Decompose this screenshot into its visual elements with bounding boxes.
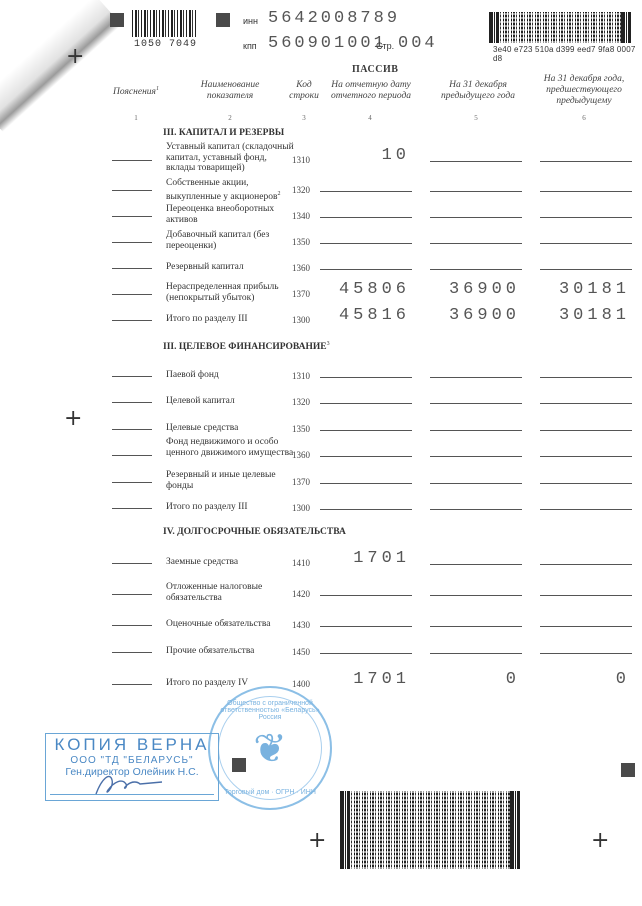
row-name: Прочие обязательства: [166, 646, 294, 657]
column-number: 3: [296, 114, 312, 122]
notes-dash: [112, 216, 152, 217]
empty-value-dash: [430, 191, 522, 192]
page-number: 004: [398, 34, 438, 53]
empty-value-dash: [320, 595, 412, 596]
row-name: Нераспределенная прибыль (непокрытый убы…: [166, 282, 294, 303]
linear-barcode: [132, 10, 198, 37]
value-cell-5: [430, 582, 522, 596]
notes-dash: [112, 508, 152, 509]
notes-dash: [112, 652, 152, 653]
value-cell-5: 0: [430, 672, 522, 686]
notes-dash: [112, 268, 152, 269]
empty-value-dash: [320, 377, 412, 378]
value-cell-4: [320, 417, 412, 431]
table-row: Итого по разделу IV1400170100: [0, 670, 642, 696]
table-row: Резервный капитал1360: [0, 254, 642, 280]
table-row: Целевые средства1350: [0, 415, 642, 441]
value-cell-5: [430, 417, 522, 431]
row-code: 1430: [292, 620, 310, 630]
value-cell-6: [540, 178, 632, 192]
value-cell-5: [430, 551, 522, 565]
value-cell-5: [430, 613, 522, 627]
stamp-line-2: ООО "ТД "БЕЛАРУСЬ": [46, 755, 218, 766]
marker-square-icon: [232, 758, 246, 772]
empty-value-dash: [320, 269, 412, 270]
cell-value: 45806: [339, 280, 410, 299]
row-code: 1310: [292, 371, 310, 381]
notes-dash: [112, 429, 152, 430]
row-code: 1410: [292, 558, 310, 568]
value-cell-4: [320, 613, 412, 627]
column-number: 6: [576, 114, 592, 122]
column-header-code: Код строки: [286, 80, 322, 102]
value-cell-6: [540, 230, 632, 244]
row-name: Целевой капитал: [166, 396, 294, 407]
empty-value-dash: [430, 509, 522, 510]
notes-dash: [112, 242, 152, 243]
cell-value: 0: [506, 670, 520, 689]
row-code: 1360: [292, 263, 310, 273]
table-row: Переоценка внеоборотных активов1340: [0, 202, 642, 228]
row-code: 1300: [292, 315, 310, 325]
empty-value-dash: [540, 403, 632, 404]
page-title: ПАССИВ: [352, 64, 398, 75]
empty-value-dash: [430, 269, 522, 270]
registration-cross-icon: +: [308, 830, 326, 852]
row-name: Целевые средства: [166, 423, 294, 434]
empty-value-dash: [320, 430, 412, 431]
registration-cross-icon: +: [66, 46, 84, 68]
cell-value: 36900: [449, 306, 520, 325]
value-cell-5: [430, 256, 522, 270]
round-seal-stamp: Общество с ограниченной ответственностью…: [208, 686, 332, 810]
table-row: Отложенные налоговые обязательства1420: [0, 580, 642, 606]
row-code: 1400: [292, 679, 310, 689]
row-code: 1310: [292, 155, 310, 165]
cell-value: 1701: [353, 670, 410, 689]
value-cell-6: [540, 148, 632, 162]
value-cell-6: [540, 204, 632, 218]
value-cell-6: [540, 417, 632, 431]
row-name: Добавочный капитал (без переоценки): [166, 230, 294, 251]
value-cell-5: [430, 364, 522, 378]
empty-value-dash: [430, 430, 522, 431]
empty-value-dash: [430, 403, 522, 404]
value-cell-5: [430, 230, 522, 244]
value-cell-4: [320, 582, 412, 596]
value-cell-4: [320, 640, 412, 654]
column-number: 2: [222, 114, 238, 122]
table-row: Добавочный капитал (без переоценки)1350: [0, 228, 642, 254]
pdf417-barcode-top: [489, 12, 631, 43]
table-row: Резервный и иные целевые фонды1370: [0, 468, 642, 494]
notes-dash: [112, 482, 152, 483]
column-number: 4: [362, 114, 378, 122]
kpp-value: 560901001: [268, 34, 387, 53]
value-cell-5: [430, 148, 522, 162]
value-cell-4: [320, 256, 412, 270]
value-cell-5: [430, 204, 522, 218]
value-cell-4: 10: [320, 148, 412, 162]
value-cell-5: [430, 443, 522, 457]
column-header-notes: Пояснения1: [112, 84, 160, 98]
row-name: Переоценка внеоборотных активов: [166, 204, 294, 225]
marker-square-icon: [110, 13, 124, 27]
row-name: Итого по разделу III: [166, 314, 294, 325]
column-header-prev-prev-year: На 31 декабря года, предшествующего пред…: [534, 74, 634, 107]
empty-value-dash: [430, 456, 522, 457]
row-code: 1320: [292, 397, 310, 407]
empty-value-dash: [540, 483, 632, 484]
notes-dash: [112, 625, 152, 626]
notes-dash: [112, 190, 152, 191]
table-row: Фонд недвижимого и особо ценного движимо…: [0, 441, 642, 467]
value-cell-6: [540, 443, 632, 457]
column-header-prev-year: На 31 декабря предыдущего года: [430, 80, 526, 102]
row-name: Оценочные обязательства: [166, 619, 294, 630]
cell-value: 30181: [559, 280, 630, 299]
value-cell-5: [430, 470, 522, 484]
inn-value: 5642008789: [268, 9, 400, 28]
empty-value-dash: [540, 243, 632, 244]
row-code: 1350: [292, 237, 310, 247]
empty-value-dash: [540, 564, 632, 565]
notes-dash: [112, 320, 152, 321]
row-name: Итого по разделу III: [166, 502, 294, 513]
value-cell-4: [320, 230, 412, 244]
stamp-line-1: КОПИЯ ВЕРНА: [46, 735, 218, 755]
value-cell-5: [430, 390, 522, 404]
empty-value-dash: [430, 161, 522, 162]
cell-value: 30181: [559, 306, 630, 325]
row-code: 1420: [292, 589, 310, 599]
column-number: 5: [468, 114, 484, 122]
empty-value-dash: [320, 191, 412, 192]
value-cell-5: 36900: [430, 282, 522, 296]
value-cell-4: [320, 178, 412, 192]
value-cell-5: [430, 496, 522, 510]
value-cell-6: [540, 496, 632, 510]
value-cell-5: 36900: [430, 308, 522, 322]
table-row: Собственные акции, выкупленные у акционе…: [0, 176, 642, 202]
value-cell-6: [540, 551, 632, 565]
table-row: Итого по разделу III1300458163690030181: [0, 306, 642, 332]
notes-dash: [112, 563, 152, 564]
section-title: III. КАПИТАЛ И РЕЗЕРВЫ: [163, 128, 284, 138]
empty-value-dash: [540, 161, 632, 162]
registration-cross-icon: +: [591, 830, 609, 852]
row-name: Собственные акции, выкупленные у акционе…: [166, 178, 294, 202]
empty-value-dash: [430, 217, 522, 218]
section-title: IV. ДОЛГОСРОЧНЫЕ ОБЯЗАТЕЛЬСТВА: [163, 527, 346, 537]
value-cell-6: [540, 640, 632, 654]
notes-dash: [112, 594, 152, 595]
pdf417-barcode-bottom: [340, 791, 520, 869]
table-row: Оценочные обязательства1430: [0, 611, 642, 637]
value-cell-6: 30181: [540, 282, 632, 296]
empty-value-dash: [320, 483, 412, 484]
signature-icon: [92, 768, 172, 798]
row-name: Фонд недвижимого и особо ценного движимо…: [166, 437, 294, 458]
notes-dash: [112, 402, 152, 403]
cell-value: 45816: [339, 306, 410, 325]
registration-cross-icon: +: [64, 408, 82, 430]
empty-value-dash: [540, 626, 632, 627]
value-cell-6: [540, 613, 632, 627]
row-name: Уставный капитал (складочный капитал, ус…: [166, 142, 294, 174]
empty-value-dash: [320, 509, 412, 510]
value-cell-4: [320, 364, 412, 378]
row-code: 1370: [292, 289, 310, 299]
value-cell-4: [320, 443, 412, 457]
seal-top-text: Общество с ограниченной ответственностью…: [220, 700, 320, 721]
table-row: Целевой капитал1320: [0, 388, 642, 414]
empty-value-dash: [430, 564, 522, 565]
value-cell-5: [430, 178, 522, 192]
empty-value-dash: [540, 217, 632, 218]
empty-value-dash: [320, 653, 412, 654]
row-name: Резервный капитал: [166, 262, 294, 273]
column-header-indicator: Наименование показателя: [190, 80, 270, 102]
notes-dash: [112, 294, 152, 295]
empty-value-dash: [540, 191, 632, 192]
inn-label: ИНН: [243, 16, 258, 26]
cell-value: 1701: [353, 549, 410, 568]
pdf417-caption: 3e40 e723 510a d399 eed7 9fa8 0007 d8: [493, 45, 642, 63]
value-cell-4: [320, 470, 412, 484]
table-row: Паевой фонд1310: [0, 362, 642, 388]
row-code: 1320: [292, 185, 310, 195]
empty-value-dash: [540, 653, 632, 654]
row-code: 1340: [292, 211, 310, 221]
empty-value-dash: [540, 430, 632, 431]
column-number: 1: [128, 114, 144, 122]
table-row: Заемные средства14101701: [0, 549, 642, 575]
value-cell-6: 0: [540, 672, 632, 686]
value-cell-6: [540, 364, 632, 378]
page-label: Стр.: [376, 41, 394, 51]
value-cell-4: 45806: [320, 282, 412, 296]
empty-value-dash: [540, 377, 632, 378]
value-cell-6: [540, 390, 632, 404]
empty-value-dash: [540, 456, 632, 457]
double-headed-eagle-icon: ❦: [248, 724, 292, 774]
page-fold-shadow: [0, 0, 122, 132]
row-code: 1450: [292, 647, 310, 657]
row-code: 1360: [292, 450, 310, 460]
value-cell-4: 1701: [320, 672, 412, 686]
table-row: Прочие обязательства1450: [0, 638, 642, 664]
value-cell-6: [540, 470, 632, 484]
notes-dash: [112, 455, 152, 456]
row-code: 1370: [292, 477, 310, 487]
row-code: 1300: [292, 503, 310, 513]
empty-value-dash: [430, 243, 522, 244]
row-name: Паевой фонд: [166, 370, 294, 381]
empty-value-dash: [320, 243, 412, 244]
marker-square-icon: [216, 13, 230, 27]
value-cell-4: [320, 204, 412, 218]
cell-value: 0: [616, 670, 630, 689]
notes-dash: [112, 376, 152, 377]
row-name: Отложенные налоговые обязательства: [166, 582, 294, 603]
notes-dash: [112, 160, 152, 161]
column-header-current: На отчетную дату отчетного периода: [324, 80, 418, 102]
seal-bottom-text: Торговый дом · ОГРН · ИНН: [220, 789, 320, 796]
table-row: Уставный капитал (складочный капитал, ус…: [0, 146, 642, 172]
value-cell-4: [320, 496, 412, 510]
empty-value-dash: [320, 217, 412, 218]
empty-value-dash: [430, 595, 522, 596]
empty-value-dash: [540, 509, 632, 510]
empty-value-dash: [430, 377, 522, 378]
row-name: Резервный и иные целевые фонды: [166, 470, 294, 491]
table-row: Нераспределенная прибыль (непокрытый убы…: [0, 280, 642, 306]
empty-value-dash: [430, 626, 522, 627]
kpp-label: КПП: [243, 41, 257, 51]
empty-value-dash: [320, 403, 412, 404]
empty-value-dash: [430, 653, 522, 654]
row-name: Заемные средства: [166, 557, 294, 568]
value-cell-4: [320, 390, 412, 404]
marker-square-icon: [621, 763, 635, 777]
value-cell-6: [540, 582, 632, 596]
section-title: III. ЦЕЛЕВОЕ ФИНАНСИРОВАНИЕ3: [163, 341, 330, 352]
empty-value-dash: [540, 269, 632, 270]
value-cell-4: 45816: [320, 308, 412, 322]
empty-value-dash: [430, 483, 522, 484]
value-cell-5: [430, 640, 522, 654]
empty-value-dash: [540, 595, 632, 596]
empty-value-dash: [320, 626, 412, 627]
value-cell-6: [540, 256, 632, 270]
barcode-number: 1050 7049: [134, 39, 197, 50]
row-code: 1350: [292, 424, 310, 434]
notes-dash: [112, 684, 152, 685]
empty-value-dash: [320, 456, 412, 457]
cell-value: 36900: [449, 280, 520, 299]
cell-value: 10: [382, 146, 410, 165]
value-cell-6: 30181: [540, 308, 632, 322]
value-cell-4: 1701: [320, 551, 412, 565]
table-row: Итого по разделу III1300: [0, 494, 642, 520]
